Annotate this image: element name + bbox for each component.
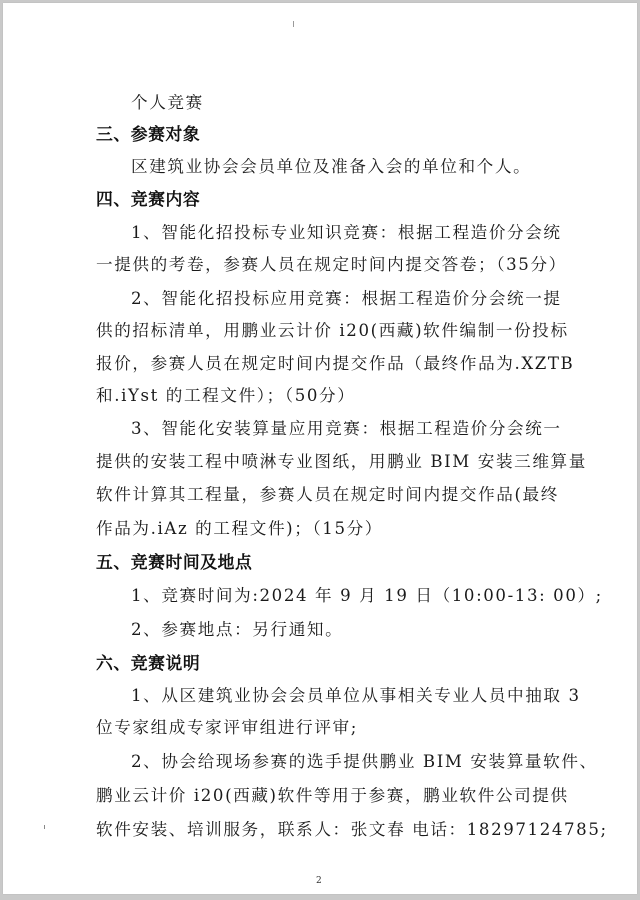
page-number: 2: [316, 876, 322, 886]
body-line: 一提供的考卷，参赛人员在规定时间内提交答卷；（35分）: [96, 255, 567, 275]
body-line: 区建筑业协会会员单位及准备入会的单位和个人。: [131, 157, 531, 177]
body-line: 提供的安装工程中喷淋专业图纸，用鹏业 BIM 安装三维算量: [96, 452, 587, 472]
body-line: 3、智能化安装算量应用竞赛：根据工程造价分会统一: [131, 419, 562, 439]
scan-mark: [293, 21, 294, 27]
body-line: 鹏业云计价 i20(西藏)软件等用于参赛，鹏业软件公司提供: [96, 786, 569, 806]
body-line: 2、参赛地点：另行通知。: [131, 620, 343, 640]
body-line: 1、从区建筑业协会会员单位从事相关专业人员中抽取 3: [131, 686, 581, 706]
section-heading-content: 四、竞赛内容: [96, 189, 200, 209]
body-line: 软件计算其工程量，参赛人员在规定时间内提交作品(最终: [96, 485, 559, 505]
body-line: 软件安装、培训服务，联系人：张文春 电话：18297124785;: [96, 820, 608, 840]
document-page: 个人竞赛 三、参赛对象 区建筑业协会会员单位及准备入会的单位和个人。 四、竞赛内…: [3, 3, 637, 894]
section-heading-notes: 六、竞赛说明: [96, 653, 200, 673]
scan-mark: [44, 825, 45, 829]
body-line: 报价，参赛人员在规定时间内提交作品（最终作品为.XZTB: [96, 354, 574, 374]
body-line: 2、协会给现场参赛的选手提供鹏业 BIM 安装算量软件、: [131, 752, 598, 772]
body-line: 2、智能化招投标应用竞赛：根据工程造价分会统一提: [131, 289, 562, 309]
body-line: 位专家组成专家评审组进行评审;: [96, 718, 358, 738]
section-heading-participants: 三、参赛对象: [96, 124, 200, 144]
body-line: 作品为.iAz 的工程文件)；（15分）: [96, 519, 383, 539]
body-line: 1、竞赛时间为:2024 年 9 月 19 日（10:00-13: 00）;: [131, 586, 603, 606]
body-line: 供的招标清单，用鹏业云计价 i20(西藏)软件编制一份投标: [96, 321, 569, 341]
section-heading-time-location: 五、竞赛时间及地点: [96, 552, 252, 572]
body-line: 个人竞赛: [131, 93, 204, 113]
body-line: 1、智能化招投标专业知识竞赛：根据工程造价分会统: [131, 223, 562, 243]
body-line: 和.iYst 的工程文件）；（50分）: [96, 386, 355, 406]
